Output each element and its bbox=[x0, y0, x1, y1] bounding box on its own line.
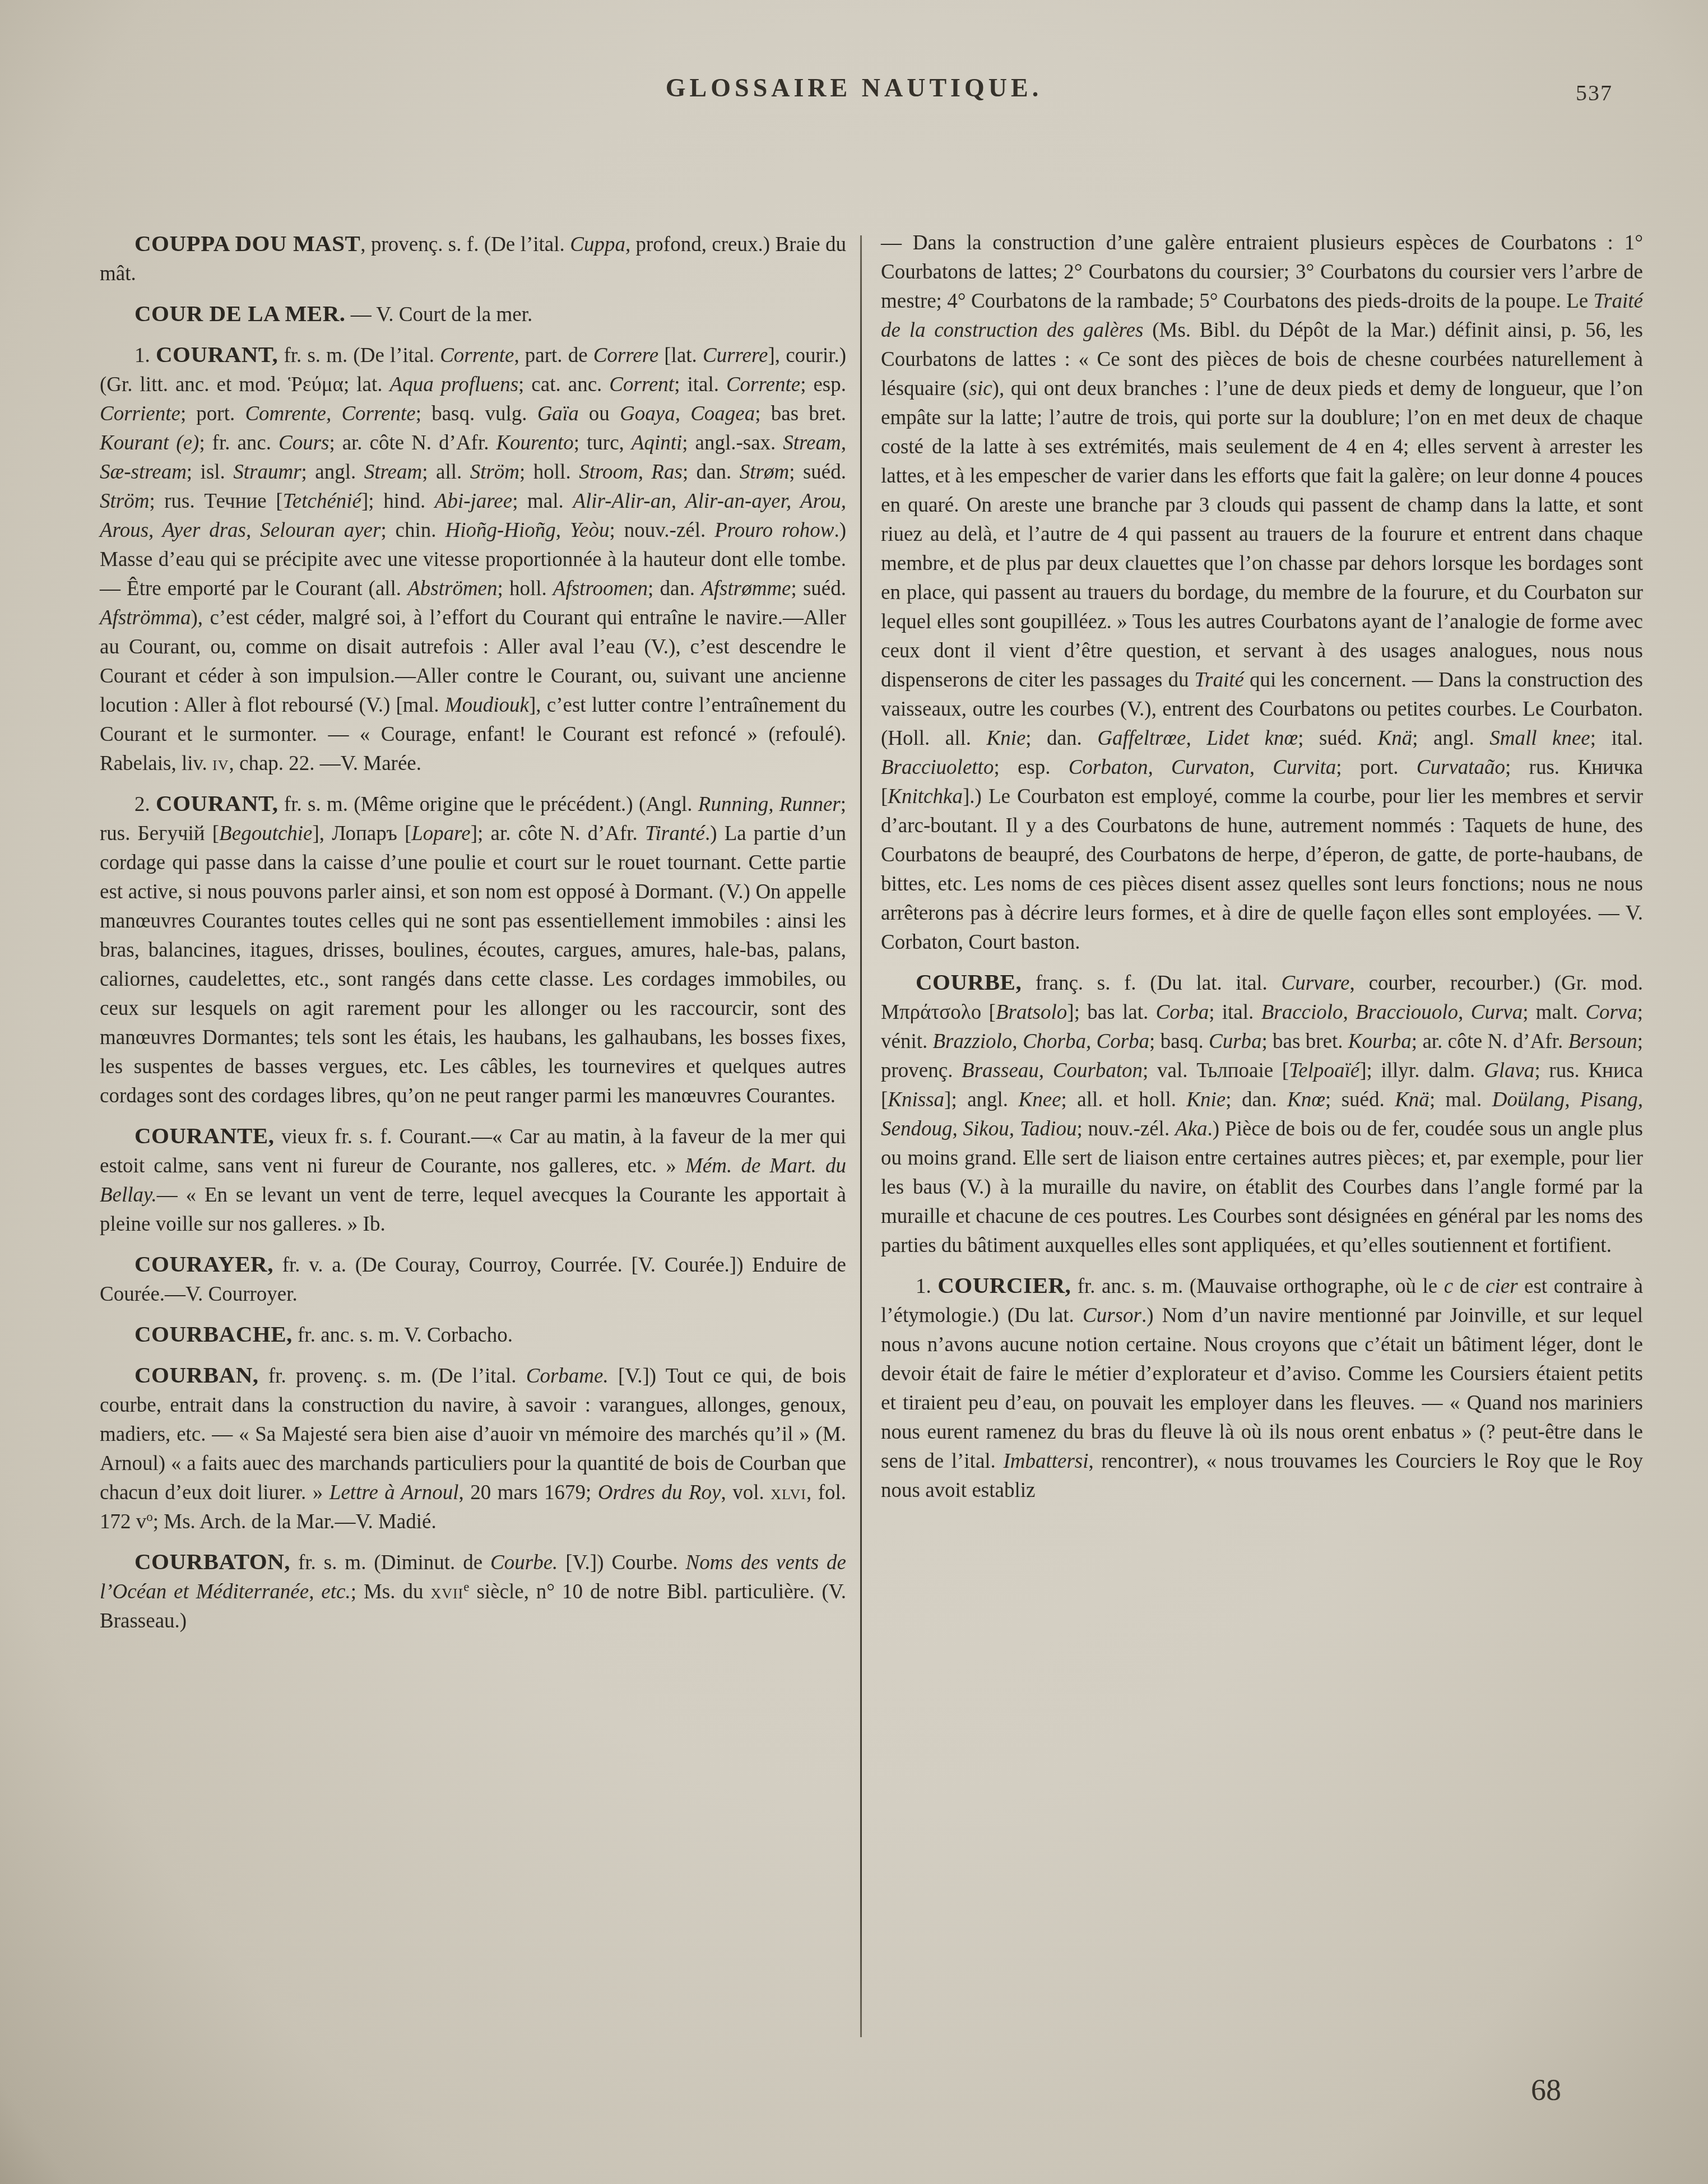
column-divider bbox=[860, 235, 862, 2037]
scanned-book-page: { "header": { "title": "GLOSSAIRE NAUTIQ… bbox=[0, 0, 1708, 2184]
entry-courante: COURANTE, vieux fr. s. f. Courant.—« Car… bbox=[100, 1121, 846, 1239]
signature-mark: 68 bbox=[1531, 2072, 1561, 2107]
entry-courbaton-continuation: — Dans la construction d’une galère entr… bbox=[881, 229, 1643, 957]
page-title: GLOSSAIRE NAUTIQUE. bbox=[0, 73, 1708, 103]
entry-courbache: COURBACHE, fr. anc. s. m. V. Corbacho. bbox=[100, 1319, 846, 1350]
entry-courayer: COURAYER, fr. v. a. (De Couray, Courroy,… bbox=[100, 1249, 846, 1309]
column-right: — Dans la construction d’une galère entr… bbox=[881, 229, 1643, 1515]
page-number: 537 bbox=[1576, 80, 1613, 106]
entry-courcier-1: 1. COURCIER, fr. anc. s. m. (Mauvaise or… bbox=[881, 1270, 1643, 1505]
entry-courant-2: 2. COURANT, fr. s. m. (Même origine que … bbox=[100, 789, 846, 1111]
entry-courbaton: COURBATON, fr. s. m. (Diminut. de Courbe… bbox=[100, 1547, 846, 1636]
entry-courbe: COURBE, franç. s. f. (Du lat. ital. Curv… bbox=[881, 967, 1643, 1260]
entry-courant-1: 1. COURANT, fr. s. m. (De l’ital. Corren… bbox=[100, 340, 846, 778]
entry-cour-de-la-mer: COUR DE LA MER. — V. Court de la mer. bbox=[100, 299, 846, 330]
column-left: COUPPA DOU MAST, provenç. s. f. (De l’it… bbox=[100, 229, 846, 1646]
entry-courban: COURBAN, fr. provenç. s. m. (De l’ital. … bbox=[100, 1360, 846, 1537]
entry-couppa-dou-mast: COUPPA DOU MAST, provenç. s. f. (De l’it… bbox=[100, 229, 846, 289]
